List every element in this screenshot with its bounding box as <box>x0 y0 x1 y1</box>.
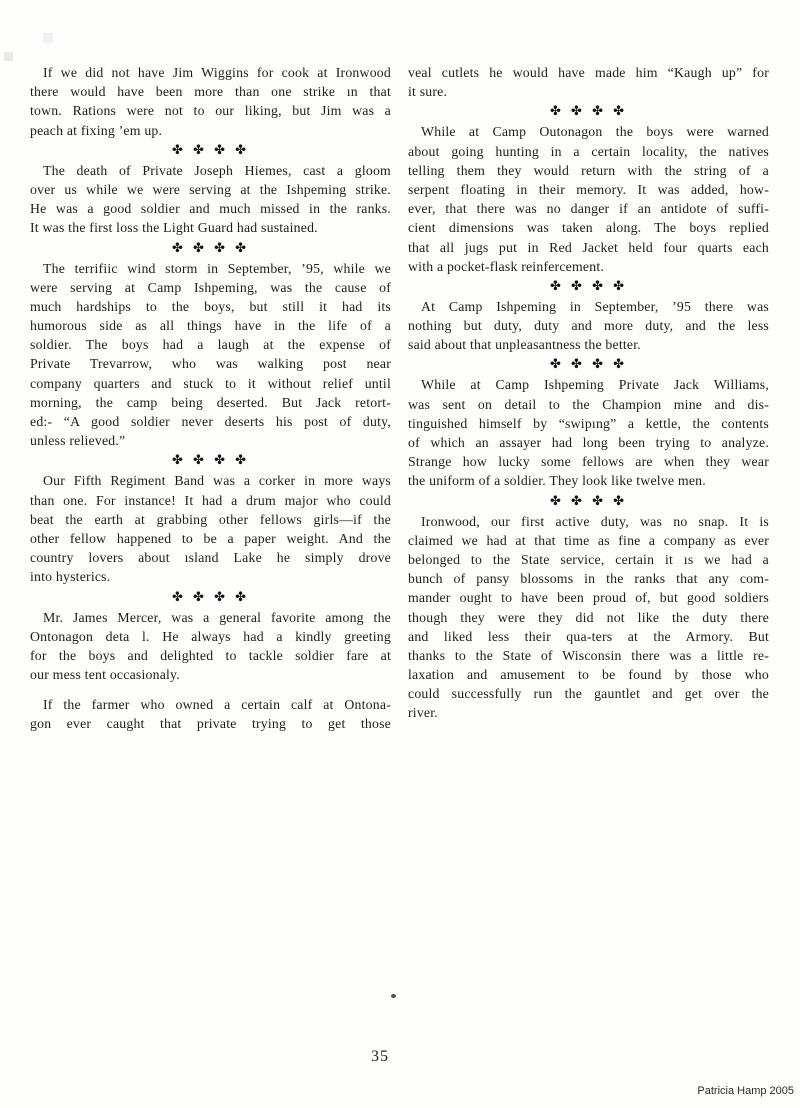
paragraph: At Camp Ishpeming in September, ’95 ther… <box>408 297 769 355</box>
text-line: it sure. <box>408 82 769 101</box>
text-line: for the boys and delighted to tackle sol… <box>30 646 391 665</box>
text-line: humorous side as all things have in the … <box>30 316 391 335</box>
text-line: company quarters and stuck to it without… <box>30 374 391 393</box>
text-line: Ontonagon deta l. He always had a kindly… <box>30 627 391 646</box>
text-line: of which an assayer had long been trying… <box>408 433 769 452</box>
section-divider-ornament: ✤ ✤ ✤ ✤ <box>30 450 391 471</box>
text-line: ed:- “A good soldier never deserts his p… <box>30 412 391 431</box>
paragraph: veal cutlets he would have made him “Kau… <box>408 63 769 101</box>
text-line: ever, that there was no danger if an ant… <box>408 199 769 218</box>
text-line: tinguished himself by “swipıng” a kettle… <box>408 414 769 433</box>
text-line: mander ought to have been proud of, but … <box>408 588 769 607</box>
text-line: the uniform of a soldier. They look like… <box>408 471 769 490</box>
text-line: bunch of pansy blossoms in the ranks tha… <box>408 569 769 588</box>
watermark-credit: Patricia Hamp 2005 <box>697 1085 794 1097</box>
section-divider-ornament: ✤ ✤ ✤ ✤ <box>30 238 391 259</box>
text-line: laxation and amusement to be found by th… <box>408 665 769 684</box>
text-line: said about that unpleasantness the bette… <box>408 335 769 354</box>
text-line: over us while we were serving at the Ish… <box>30 180 391 199</box>
text-line: telling them they would return with the … <box>408 161 769 180</box>
text-line: though they were they did not like the d… <box>408 608 769 627</box>
text-line: and liked less their qua-ters at the Arm… <box>408 627 769 646</box>
text-line: The death of Private Joseph Hiemes, cast… <box>30 161 391 180</box>
text-line: nothing but duty, duty and more duty, an… <box>408 316 769 335</box>
left-column: If we did not have Jim Wiggins for cook … <box>30 63 391 734</box>
text-line: thanks to the State of Wisconsin there w… <box>408 646 769 665</box>
section-divider-ornament: ✤ ✤ ✤ ✤ <box>30 140 391 161</box>
section-divider-ornament: ✤ ✤ ✤ ✤ <box>408 491 769 512</box>
text-line: Mr. James Mercer, was a general favorite… <box>30 608 391 627</box>
paragraph: While at Camp Outonagon the boys were wa… <box>408 122 769 276</box>
text-line: Strange how lucky some fellows are when … <box>408 452 769 471</box>
text-line: peach at fixing ’em up. <box>30 121 391 140</box>
text-line: country lovers about ısland Lake he simp… <box>30 548 391 567</box>
text-line: While at Camp Outonagon the boys were wa… <box>408 122 769 141</box>
text-line: that all jugs put in Red Jacket held fou… <box>408 238 769 257</box>
text-line: serpent floating in their memory. It was… <box>408 180 769 199</box>
text-line: He was a good soldier and much missed in… <box>30 199 391 218</box>
text-line: The terrifiic wind storm in September, ’… <box>30 259 391 278</box>
text-line: gon ever caught that private trying to g… <box>30 714 391 733</box>
page-number: 35 <box>371 1048 389 1066</box>
text-line: much hardships to the boys, but still it… <box>30 297 391 316</box>
scan-speck <box>391 994 396 998</box>
paragraph: The terrifiic wind storm in September, ’… <box>30 259 391 451</box>
text-line: If the farmer who owned a certain calf a… <box>30 695 391 714</box>
scan-smudge <box>43 33 53 43</box>
text-line: were serving at Camp Ishpeming, was the … <box>30 278 391 297</box>
section-divider-ornament: ✤ ✤ ✤ ✤ <box>408 101 769 122</box>
text-line: belonged to the State service, certain i… <box>408 550 769 569</box>
text-line: At Camp Ishpeming in September, ’95 ther… <box>408 297 769 316</box>
text-line: river. <box>408 703 769 722</box>
right-column: veal cutlets he would have made him “Kau… <box>408 63 769 734</box>
paragraph: While at Camp Ishpeming Private Jack Wil… <box>408 375 769 490</box>
section-divider-ornament: ✤ ✤ ✤ ✤ <box>408 354 769 375</box>
paragraph: Our Fifth Regiment Band was a corker in … <box>30 471 391 586</box>
text-line: claimed we had at that time as fine a co… <box>408 531 769 550</box>
text-line: into hysterics. <box>30 567 391 586</box>
paragraph: If we did not have Jim Wiggins for cook … <box>30 63 391 140</box>
text-line: about going hunting in a certain localit… <box>408 142 769 161</box>
text-line: than one. For instance! It had a drum ma… <box>30 491 391 510</box>
paragraph: Mr. James Mercer, was a general favorite… <box>30 608 391 685</box>
paragraph: If the farmer who owned a certain calf a… <box>30 695 391 733</box>
text-columns: If we did not have Jim Wiggins for cook … <box>30 63 769 734</box>
section-divider-ornament: ✤ ✤ ✤ ✤ <box>30 587 391 608</box>
text-line: If we did not have Jim Wiggins for cook … <box>30 63 391 82</box>
text-line: could successfully run the gauntlet and … <box>408 684 769 703</box>
text-line: Our Fifth Regiment Band was a corker in … <box>30 471 391 490</box>
text-line: unless relieved.” <box>30 431 391 450</box>
text-line: beat the earth at grabbing other fellows… <box>30 510 391 529</box>
text-line: While at Camp Ishpeming Private Jack Wil… <box>408 375 769 394</box>
paragraph-gap <box>30 684 391 695</box>
paragraph: The death of Private Joseph Hiemes, cast… <box>30 161 391 238</box>
text-line: veal cutlets he would have made him “Kau… <box>408 63 769 82</box>
text-line: It was the first loss the Light Guard ha… <box>30 218 391 237</box>
text-line: soldier. The boys had a laugh at the exp… <box>30 335 391 354</box>
text-line: other fellow happened to be a paper weig… <box>30 529 391 548</box>
text-line: Private Trevarrow, who was walking post … <box>30 354 391 373</box>
section-divider-ornament: ✤ ✤ ✤ ✤ <box>408 276 769 297</box>
text-line: with a pocket-flask reinfercement. <box>408 257 769 276</box>
text-line: morning, the camp being deserted. But Ja… <box>30 393 391 412</box>
text-line: our mess tent occasionaly. <box>30 665 391 684</box>
text-line: was sent on detail to the Champion mine … <box>408 395 769 414</box>
paragraph: Ironwood, our first active duty, was no … <box>408 512 769 723</box>
scan-smudge <box>4 52 13 61</box>
text-line: town. Rations were not to our liking, bu… <box>30 101 391 120</box>
text-line: there would have been more than one stri… <box>30 82 391 101</box>
scanned-page: If we did not have Jim Wiggins for cook … <box>0 0 800 1108</box>
text-line: cient dimensions was taken along. The bo… <box>408 218 769 237</box>
text-line: Ironwood, our first active duty, was no … <box>408 512 769 531</box>
